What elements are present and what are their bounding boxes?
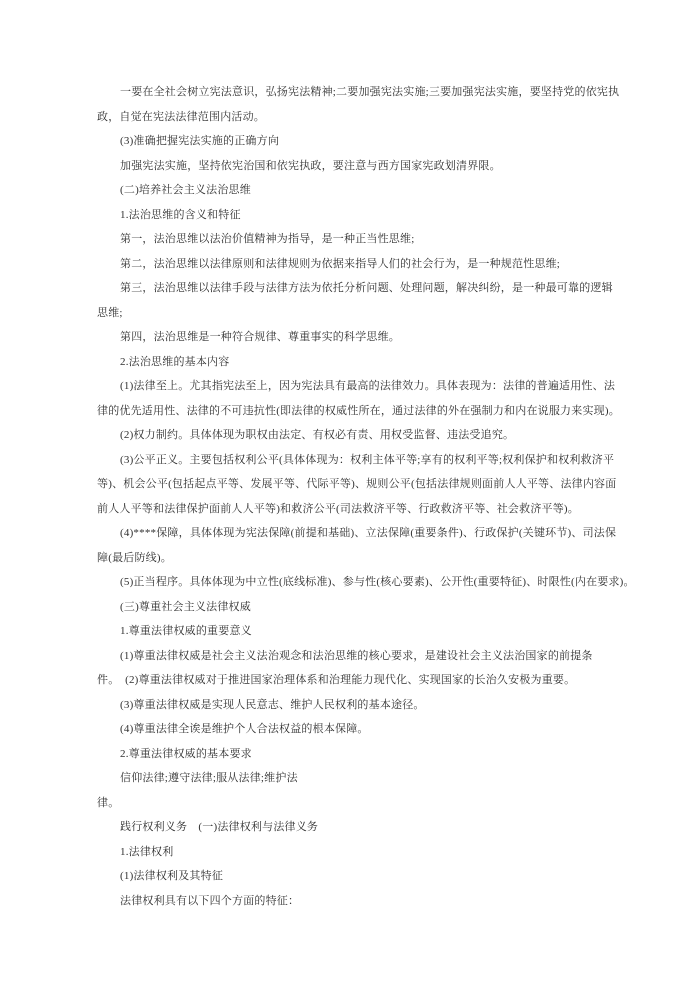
text-line-14: 律的优先适用性、法律的不可违抗性(即法律的权威性所在，通过法律的外在强制力和内在…	[97, 399, 612, 424]
text-line-12: 2.法治思维的基本内容	[97, 350, 612, 375]
text-line-5: (二)培养社会主义法治思维	[97, 178, 612, 203]
text-line-3: (3)准确把握宪法实施的正确方向	[97, 129, 612, 154]
text-line-24: (1)尊重法律权威是社会主义法治观念和法治思维的核心要求，是建设社会主义法治国家…	[97, 644, 612, 669]
document-body: 一要在全社会树立宪法意识，弘扬宪法精神;二要加强宪法实施;三要加强宪法实施，要坚…	[97, 80, 612, 913]
text-line-16: (3)公平正义。主要包括权利公平(具体体现为：权利主体平等;享有的权利平等;权利…	[97, 448, 612, 473]
text-line-21: (5)正当程序。具体体现为中立性(底线标准)、参与性(核心要素)、公开性(重要特…	[97, 570, 612, 595]
text-line-17: 等)、机会公平(包括起点平等、发展平等、代际平等)、规则公平(包括法律规则面前人…	[97, 472, 612, 497]
text-line-20: 障(最后防线)。	[97, 546, 612, 571]
text-line-7: 第一，法治思维以法治价值精神为指导，是一种正当性思维;	[97, 227, 612, 252]
text-line-18: 前人人平等和法律保护面前人人平等)和救济公平(司法救济平等、行政救济平等、社会救…	[97, 497, 612, 522]
text-line-8: 第二，法治思维以法律原则和法律规则为依据来指导人们的社会行为，是一种规范性思维;	[97, 252, 612, 277]
text-line-6: 1.法治思维的含义和特征	[97, 203, 612, 228]
text-line-9: 第三，法治思维以法律手段与法律方法为依托分析问题、处理问题，解决纠纷，是一种最可…	[97, 276, 612, 301]
text-line-25: 件。 (2)尊重法律权威对于推进国家治理体系和治理能力现代化、实现国家的长治久安…	[97, 668, 612, 693]
text-line-26: (3)尊重法律权威是实现人民意志、维护人民权利的基本途径。	[97, 693, 612, 718]
text-line-34: 法律权利具有以下四个方面的特征：	[97, 889, 612, 914]
text-line-33: (1)法律权利及其特征	[97, 864, 612, 889]
document-page: 一要在全社会树立宪法意识，弘扬宪法精神;二要加强宪法实施;三要加强宪法实施，要坚…	[0, 0, 700, 989]
text-line-28: 2.尊重法律权威的基本要求	[97, 742, 612, 767]
text-line-15: (2)权力制约。具体体现为职权由法定、有权必有责、用权受监督、违法受追究。	[97, 423, 612, 448]
text-line-23: 1.尊重法律权威的重要意义	[97, 619, 612, 644]
text-line-13: (1)法律至上。尤其指宪法至上，因为宪法具有最高的法律效力。具体表现为：法律的普…	[97, 374, 612, 399]
text-line-2: 政，自觉在宪法法律范围内活动。	[97, 105, 612, 130]
text-line-31: 践行权利义务 (一)法律权利与法律义务	[97, 815, 612, 840]
text-line-11: 第四，法治思维是一种符合规律、尊重事实的科学思维。	[97, 325, 612, 350]
text-line-30: 律。	[97, 791, 612, 816]
text-line-22: (三)尊重社会主义法律权威	[97, 595, 612, 620]
text-line-29: 信仰法律;遵守法律;服从法律;维护法	[97, 766, 612, 791]
text-line-1: 一要在全社会树立宪法意识，弘扬宪法精神;二要加强宪法实施;三要加强宪法实施，要坚…	[97, 80, 612, 105]
text-line-32: 1.法律权利	[97, 840, 612, 865]
text-line-27: (4)尊重法律全诶是维护个人合法权益的根本保障。	[97, 717, 612, 742]
text-line-4: 加强宪法实施，坚持依宪治国和依宪执政，要注意与西方国家宪政划清界限。	[97, 154, 612, 179]
text-line-10: 思维;	[97, 301, 612, 326]
text-line-19: (4)****保障，具体体现为宪法保障(前提和基础)、立法保障(重要条件)、行政…	[97, 521, 612, 546]
